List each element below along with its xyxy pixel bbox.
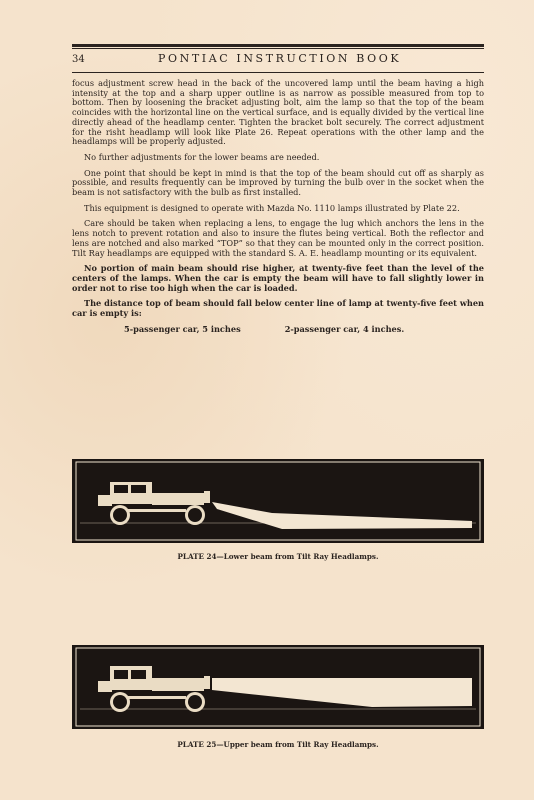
bold-paragraph: The distance top of beam should fall bel… (72, 299, 484, 318)
bold-paragraph: No portion of main beam should rise high… (72, 264, 484, 293)
plate-24-illustration (72, 459, 484, 543)
page-number: 34 (72, 54, 122, 65)
spec-5-passenger: 5-passenger car, 5 inches (124, 325, 241, 335)
paragraph: No further adjustments for the lower bea… (72, 153, 484, 163)
running-title: PONTIAC INSTRUCTION BOOK (122, 52, 484, 65)
paragraph: focus adjustment screw head in the back … (72, 79, 484, 147)
car-icon (98, 482, 210, 525)
header-rule-thick (72, 44, 484, 47)
paragraph: Care should be taken when replacing a le… (72, 219, 484, 258)
page-content: 34 PONTIAC INSTRUCTION BOOK focus adjust… (72, 44, 484, 334)
paragraph: One point that should be kept in mind is… (72, 169, 484, 198)
body-text: focus adjustment screw head in the back … (72, 79, 484, 334)
paragraph: This equipment is designed to operate wi… (72, 204, 484, 214)
plate-25-caption: PLATE 25—Upper beam from Tilt Ray Headla… (72, 740, 484, 749)
spec-2-passenger: 2-passenger car, 4 inches. (285, 325, 405, 335)
lower-beam-illustration (72, 459, 484, 543)
page-header: 34 PONTIAC INSTRUCTION BOOK (72, 49, 484, 70)
car-icon (98, 666, 210, 712)
plate-24-caption: PLATE 24—Lower beam from Tilt Ray Headla… (72, 552, 484, 561)
plate-25-illustration (72, 645, 484, 729)
beam-specs: 5-passenger car, 5 inches 2-passenger ca… (72, 325, 484, 335)
header-rule-bottom (72, 72, 484, 73)
upper-beam-illustration (72, 645, 484, 729)
